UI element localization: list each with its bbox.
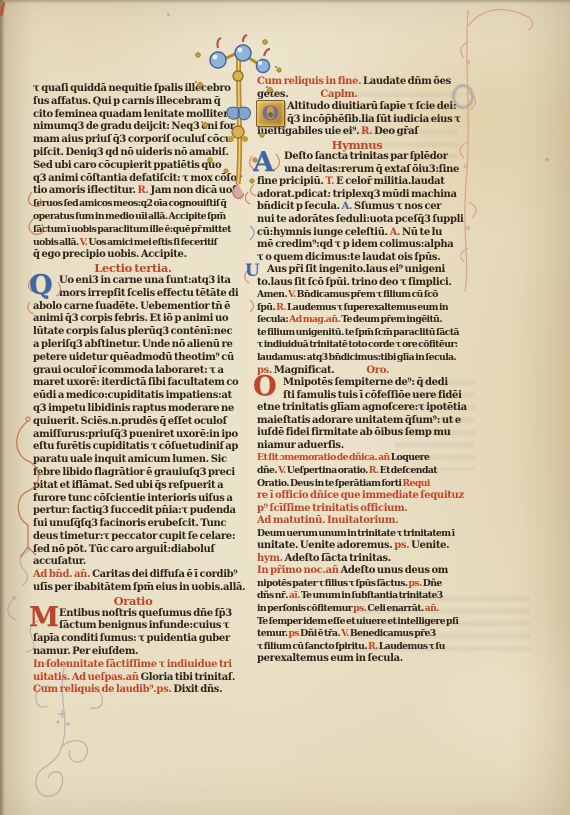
text-line: Deum uerum unum in trinitate τ trinitate… <box>257 528 457 541</box>
text-segment: laudamus: atq3 bn̄dicimus:tibi glīa in ſ… <box>257 352 456 363</box>
text-segment: ps. <box>394 540 411 551</box>
text-line: quiuerit. Sciēs.n.prudēs q̄ eſſet oculoſ <box>33 416 233 429</box>
text-line: Mnipotēs ſempiterne de⁹: q̄ dedi <box>257 377 457 390</box>
text-segment: Hymnus <box>332 138 383 152</box>
text-segment: τ indiuiduā trinitatē toto corde τ ore c… <box>257 339 457 350</box>
text-segment: Ueſpertina oratio. <box>287 465 369 476</box>
text-segment: R. <box>369 465 380 476</box>
text-segment: Te deum pr̄em ingēitū. <box>341 314 442 325</box>
text-line: nui te adorātes ſeduli:uota pceſq̄3 ſupp… <box>257 214 457 227</box>
text-segment: Et ſit ɔmemoratio de dñica. an̄ <box>257 452 391 463</box>
initial-a-blue: A <box>253 149 274 176</box>
text-line: una deitas:rerum q̄ extaſ ōiu3:ſine <box>257 164 457 177</box>
text-segment: ſecula: <box>257 314 289 325</box>
text-segment: Sſumus τ nos cer <box>354 201 441 212</box>
text-segment: Deum uerum unum in trinitate τ trinitate… <box>257 528 455 539</box>
text-segment: nipotēs pater τ filius τ ſpūs ſāctus. <box>257 578 408 589</box>
text-segment: quiuerit. Sciēs.n.prudēs q̄ eſſet oculoſ <box>33 416 227 427</box>
text-segment: Lectio tertia. <box>94 261 171 275</box>
text-segment: Laudemus τ ſu <box>379 641 445 652</box>
text-line: τ filium cū ſancto ſpiritu. R. Laudemus … <box>257 641 457 654</box>
text-line: q3 impetu libidinis raptus moderare ne <box>33 403 233 416</box>
text-segment: Dñi ē tr̄a. <box>300 628 341 639</box>
text-segment: V. <box>278 465 287 476</box>
text-line: ſpū. R. Laudemus τ ſuperexaltemus eum in <box>257 302 457 315</box>
text-segment: R. <box>276 302 287 313</box>
text-line: maieſtatis adorare unitatem q̄ſum⁹: ut e <box>257 415 457 428</box>
text-line: fine pricipiū. T. E celor̄ militia.lauda… <box>257 176 457 189</box>
text-segment: Nū te lu <box>402 227 442 238</box>
penwork-flourish-bottom <box>18 660 148 800</box>
text-line: Amen. V. Bn̄dicamus pr̄em τ filium cū ſc… <box>257 289 457 302</box>
text-segment: maret uxorē: iterdictā ſibi facultatem c… <box>33 377 238 388</box>
stain-speck <box>167 13 170 16</box>
text-line: petere uidetur quēadmodū theotim⁹ cū <box>33 352 233 365</box>
text-line: Aus pr̄i ſit ingenito.laus ei⁹ unigeni <box>257 264 457 277</box>
text-segment: re ī officio dñice que immediate ſequitu… <box>257 490 464 501</box>
text-segment: mors irrepſit ſcelis effectu tētāte di <box>59 288 238 299</box>
penwork-flourish-purple <box>0 540 70 660</box>
text-segment: R. <box>361 126 374 137</box>
text-segment: Mnipotēs ſempiterne de⁹: q̄ dedi <box>283 377 448 388</box>
text-segment: Entibus noſtris queſumus dñe ſp̄3 <box>59 608 232 619</box>
text-line: unitate. Uenite adoremus. ps. Uenite. <box>257 540 457 553</box>
text-segment: cū:hymnis iunge celeſtiū. <box>257 227 390 238</box>
text-segment: niamur aduerſis. <box>257 440 344 451</box>
text-segment: graui oculor̄ icommoda laboraret: τ a <box>33 365 224 376</box>
text-segment: Oratio <box>114 594 153 608</box>
text-segment: petere uidetur quēadmodū theotim⁹ cū <box>33 352 234 363</box>
text-segment: Magnificat. <box>274 365 335 376</box>
text-segment: R. <box>136 185 151 196</box>
text-segment: ps. <box>408 578 423 589</box>
text-segment: amiſſurus:priuſq̄3 pueniret uxorē:in ipo <box>33 429 238 440</box>
text-line: re ī officio dñice que immediate ſequitu… <box>257 490 457 503</box>
text-line: Oratio. Deus in te ſperātiam forti Requi <box>257 478 457 491</box>
text-segment: etne trinitatis glīam agnoſcere:τ ipotēt… <box>257 402 467 413</box>
text-segment: Adeſto ſācta trinitas. <box>285 553 391 564</box>
text-line: in perſonis cōfitemur ps. Celi enarrāt. … <box>257 603 457 616</box>
text-segment: aī. <box>289 590 301 601</box>
text-segment: ps <box>289 628 301 639</box>
text-segment: τ filium cū ſancto ſpiritu. <box>257 641 368 652</box>
text-segment: In pr̄imo noc.an̄ <box>257 565 340 576</box>
text-segment: febre libido flagrātior ē grauiuſq3 prec… <box>33 467 235 478</box>
text-segment: Caplm. <box>320 89 357 100</box>
text-line: niamur aduerſis. <box>257 440 457 453</box>
text-line: getes.Caplm. <box>257 89 457 102</box>
text-segment: q3 impetu libidinis raptus moderare ne <box>33 403 234 414</box>
text-segment: Caritas dei diffuſa ē ī cordib⁹ <box>92 569 237 580</box>
text-segment: Et deſcendat <box>380 465 437 476</box>
text-line: to.laus ſit ſcō ſpūi. trino deo τ ſimpli… <box>257 277 457 290</box>
text-line: pertur: factiq3 ſuccedit pn̄ia:τ pudenda <box>33 505 233 518</box>
text-line: furore tunc cōſcientie interioris uiſus … <box>33 493 233 506</box>
text-line: τ indiuiduā trinitatē toto corde τ ore c… <box>257 339 457 352</box>
text-segment: V. <box>288 289 297 300</box>
text-segment: Oratio. Deus in te ſperātiam forti <box>257 478 402 489</box>
text-segment: operatus ſum in medio uīi allā. Accipite… <box>33 211 226 222</box>
text-segment: Te unum in ſubſtantia trinitate3 <box>301 590 443 601</box>
text-line: operatus ſum in medio uīi allā. Accipite… <box>33 211 233 224</box>
text-line: te filium unigenitū. te ſpm̄ ſcm̄ paracl… <box>257 327 457 340</box>
text-line: graui oculor̄ icommoda laboraret: τ a <box>33 365 233 378</box>
text-segment: V. <box>79 237 89 248</box>
text-segment: Benedicamus pr̄e3 <box>350 628 436 639</box>
text-line: hym. Adeſto ſācta trinitas. <box>257 553 457 566</box>
text-segment: a pleriſq3 abſtinetur. Unde nō alienū re <box>33 339 233 350</box>
text-segment: mē credim⁹:qd τ p idem colimus:alpha <box>257 239 453 250</box>
text-segment: pitat et iflāmat. Sed ubi q̄s reſpuerit … <box>33 480 223 491</box>
column-right: Cum reliquis in fine. Laudate dñm õesget… <box>257 76 457 666</box>
initial-q-blue: Q <box>29 272 53 299</box>
gutter-penwork-marks <box>240 186 260 316</box>
text-line: paratu uale inquit amicum lumen. Sic <box>33 454 233 467</box>
text-segment: E celor̄ militia.laudat <box>336 176 444 187</box>
text-segment: ſeruos ſed amicos meos:q2 oīa cognouiſti… <box>33 198 226 209</box>
text-line: febre libido flagrātior ē grauiuſq3 prec… <box>33 467 233 480</box>
text-line: nipotēs pater τ filius τ ſpūs ſāctus. ps… <box>257 578 457 591</box>
text-line: temur. ps Dñi ē tr̄a. V. Benedicamus pr̄… <box>257 628 457 641</box>
initial-u-blue: U <box>245 263 260 280</box>
text-segment: furore tunc cōſcientie interioris uiſus … <box>33 493 233 504</box>
text-line: adorat.pdicat: triplexq3 mūdi machina <box>257 189 457 202</box>
photo-left-edge <box>0 0 5 815</box>
text-line: ſti famulis tuis ī cōfeſſiōe uere fidēi <box>257 390 457 403</box>
text-segment: Uenite. <box>411 540 449 551</box>
text-segment: maieſtatis adorare unitatem q̄ſum⁹: ut e <box>257 415 461 426</box>
initial-m-red: M <box>29 604 59 631</box>
text-segment: V. <box>341 628 350 639</box>
text-segment: A. <box>342 201 354 212</box>
text-segment: A. <box>390 227 402 238</box>
text-segment: Requi <box>402 478 429 489</box>
text-segment: q̄3 incōp̄hēſib.lia ſūt iudicia eius τ <box>287 114 461 125</box>
text-segment: Celi enarrāt. <box>367 603 424 614</box>
text-line: a pleriſq3 abſtinetur. Unde nō alienū re <box>33 339 233 352</box>
text-segment: dñs nr̄. <box>257 590 289 601</box>
text-segment: T. <box>325 176 336 187</box>
text-line: Ad matutinū. Inuitatorium. <box>257 515 457 528</box>
text-line: q̄3 incōp̄hēſib.lia ſūt iudicia eius τ <box>257 114 457 127</box>
text-line: cū:hymnis iunge celeſtiū. A. Nū te lu <box>257 227 457 240</box>
text-segment: tio amoris iflectitur. <box>33 185 136 196</box>
text-line: τ o quem dicimus:te laudat ois ſpūs. <box>257 252 457 265</box>
text-line: Altitudo diuitiarū ſapīe τ ſcie dei: <box>257 101 457 114</box>
text-segment: to.laus ſit ſcō ſpūi. trino deo τ ſimpli… <box>257 277 452 288</box>
text-segment: una deitas:rerum q̄ extaſ ōiu3:ſine <box>284 164 459 175</box>
text-line: ps. Magnificat.Oro. <box>257 365 457 378</box>
text-segment: adorat.pdicat: triplexq3 mūdi machina <box>257 189 457 200</box>
text-line: ſecula: Ad mag.an̄. Te deum pr̄em ingēit… <box>257 314 457 327</box>
text-line: Hymnus <box>257 139 457 152</box>
manuscript-photo: τ quaſi quiddā nequitie ſpalis illecebro… <box>0 0 570 815</box>
text-segment: lūtate corpis ſalus plerūq3 contēnī:nec <box>33 326 232 337</box>
penwork-mark-red <box>22 186 48 244</box>
text-segment: Ad matutinū. Inuitatorium. <box>257 515 398 526</box>
text-segment: q̄ ego precipio uobis. Accipite. <box>33 249 187 260</box>
text-segment: Laudemus τ ſuperexaltemus eum in <box>287 302 448 313</box>
text-line: pitat et iflāmat. Sed ubi q̄s reſpuerit … <box>33 480 233 493</box>
text-segment: eūdi a medico:cupiditatis impatiens:at <box>33 390 232 401</box>
text-segment: Deſto ſancta trinitas par ſplēdor <box>284 151 448 162</box>
text-segment: R. <box>368 641 379 652</box>
text-segment: in perſonis cōfitemur <box>257 603 353 614</box>
text-segment: hym. <box>257 553 285 564</box>
text-segment: te filium unigenitū. te ſpm̄ ſcm̄ paracl… <box>257 327 459 338</box>
text-segment: Dixit dñs. <box>173 684 222 695</box>
text-line: dñe. V. Ueſpertina oratio. R. Et deſcend… <box>257 465 457 478</box>
text-line: Te ſemper idem eſſe et uiuere et intelli… <box>257 616 457 629</box>
text-segment: Gloria tibi trinitaſ. <box>141 672 235 683</box>
text-segment: ſui unuſq̄ſq3 facinoris erubeſcit. Tunc <box>33 518 226 529</box>
text-segment: perexaltemus eum in ſecula. <box>257 653 403 664</box>
text-segment: Dñe <box>423 578 442 589</box>
text-segment: eſtu furētis cupiditatis τ cōſuetudiniſ … <box>33 441 238 452</box>
text-segment: pertur: factiq3 ſuccedit pn̄ia:τ pudenda <box>33 505 236 516</box>
text-line: p⁹ ſcīſſime trinitatis officium. <box>257 503 457 516</box>
text-segment: Altitudo diuitiarū ſapīe τ ſcie dei: <box>287 101 456 112</box>
text-line: Deſto ſancta trinitas par ſplēdor <box>257 151 457 164</box>
text-line: ſeruos ſed amicos meos:q2 oīa cognouiſti… <box>33 198 233 211</box>
text-segment: Amen. <box>257 289 288 300</box>
text-line: laudamus: atq3 bn̄dicimus:tibi glīa in ſ… <box>257 352 457 365</box>
text-segment: ps. <box>353 603 367 614</box>
initial-o-red: O <box>253 373 277 400</box>
text-segment: nui te adorātes ſeduli:uota pceſq̄3 ſupp… <box>257 214 464 225</box>
text-line: amiſſurus:priuſq̄3 pueniret uxorē:in ipo <box>33 429 233 442</box>
text-line: lūtate corpis ſalus plerūq3 contēnī:nec <box>33 326 233 339</box>
text-line: ſāctum ī uobis paraclitum ille ē:quē pr̄… <box>33 224 233 237</box>
text-segment: Aus pr̄i ſit ingenito.laus ei⁹ unigeni <box>267 264 445 275</box>
text-line: uobis allā. V. Uos amici mei eſtis ſi fe… <box>33 237 233 250</box>
text-line: Cum reliquis in fine. Laudate dñm ões <box>257 76 457 89</box>
text-segment: Oro. <box>366 365 389 376</box>
text-line: bn̄dicit p ſecula. A. Sſumus τ nos cer <box>257 201 457 214</box>
text-segment: Adeſto unus deus om <box>340 565 448 576</box>
text-line: maret uxorē: iterdictā ſibi facultatem c… <box>33 377 233 390</box>
text-segment: p⁹ ſcīſſime trinitatis officium. <box>257 503 407 514</box>
text-line: dñs nr̄. aī. Te unum in ſubſtantia trini… <box>257 590 457 603</box>
text-segment: dñe. <box>257 465 278 476</box>
text-line: perexaltemus eum in ſecula. <box>257 653 457 666</box>
text-segment: an̄. <box>425 603 439 614</box>
text-line: mē credim⁹:qd τ p idem colimus:alpha <box>257 239 457 252</box>
text-segment: Uos amici mei eſtis ſi feceritiſ <box>88 237 217 248</box>
stain-speck <box>545 158 549 161</box>
text-segment: unitate. Uenite adoremus. <box>257 540 394 551</box>
text-segment: ſāctum ī uobis paraclitum ille ē:quē pr̄… <box>33 224 231 235</box>
text-segment: Uo eni3 in carne una ſunt:atq3 ita <box>59 275 231 286</box>
text-segment: paratu uale inquit amicum lumen. Sic <box>33 454 227 465</box>
text-line: etne trinitatis glīam agnoſcere:τ ipotēt… <box>257 402 457 415</box>
text-segment: ſāctum benignus infunde:cuius τ <box>59 620 229 631</box>
text-segment: Deo gr̄aſ <box>374 126 418 137</box>
text-segment: Bn̄dicamus pr̄em τ filium cū ſcō <box>297 289 438 300</box>
text-line: eūdi a medico:cupiditatis impatiens:at <box>33 390 233 403</box>
text-segment: temur. <box>257 628 289 639</box>
penwork-flourish-right <box>438 2 538 302</box>
text-segment: Te ſemper idem eſſe et uiuere et intelli… <box>257 616 458 627</box>
text-segment: bn̄dicit p ſecula. <box>257 201 342 212</box>
text-segment: Ad mag.an̄. <box>289 314 341 325</box>
text-segment: ſti famulis tuis ī cōfeſſiōe uere fidēi <box>283 390 462 401</box>
text-segment: iuſdē fidei firmitate ab ōibus ſemp mu <box>257 427 451 438</box>
initial-o-gold-illuminated: O <box>256 100 285 127</box>
text-line: iuſdē fidei firmitate ab ōibus ſemp mu <box>257 427 457 440</box>
text-segment: Loquere <box>391 452 430 463</box>
text-segment: τ o quem dicimus:te laudat ois ſpūs. <box>257 252 440 263</box>
text-line: eſtu furētis cupiditatis τ cōſuetudiniſ … <box>33 441 233 454</box>
text-line: In pr̄imo noc.an̄ Adeſto unus deus om <box>257 565 457 578</box>
text-line: ſui unuſq̄ſq3 facinoris erubeſcit. Tunc <box>33 518 233 531</box>
text-line: Et ſit ɔmemoratio de dñica. an̄ Loquere <box>257 452 457 465</box>
